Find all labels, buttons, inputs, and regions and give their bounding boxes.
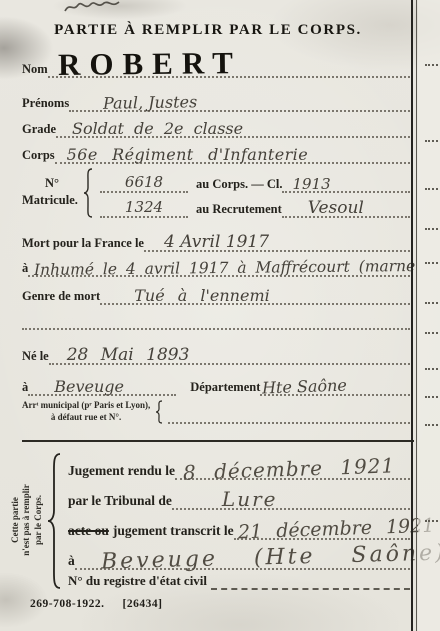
field-row-transcription: acte ou jugement transcrit le 21 décembr… (68, 514, 410, 540)
lieu-deces-value: Inhumé le 4 avril 1917 à Maffrécourt (ma… (34, 259, 415, 278)
nom-label: Nom (22, 63, 48, 79)
lieu-naissance-value: Beveuge (54, 379, 124, 395)
transcription-label-struck: acte ou (68, 524, 109, 541)
matricule-brace-icon (82, 168, 94, 218)
transcription-line: 21 décembre 1921 (234, 519, 410, 540)
arrondissement-label-line2: à défaut rue et N°. (22, 412, 150, 424)
jugement-label: Jugement rendu le (68, 464, 175, 481)
transcription-label: jugement transcrit le (113, 524, 234, 541)
registre-line (211, 588, 410, 590)
au-corps-label: au Corps. — Cl. (196, 178, 282, 194)
print-code: 269-708-1922. (30, 598, 105, 610)
section-divider-line (22, 440, 414, 442)
matricule-recrutement-number: 1324 (125, 198, 163, 216)
corps-label: Corps (22, 149, 55, 165)
field-row-nom: Nom ROBERT (22, 42, 410, 78)
side-note-not-for-corps: Cette partie n'est pas à remplir par le … (10, 460, 44, 580)
matricule-row-recrutement: 1324 au Recrutement Vesoul (100, 193, 410, 218)
lieu-deces-line: Inhumé le 4 avril 1917 à Maffrécourt (ma… (28, 260, 410, 278)
field-row-jugement: Jugement rendu le 8 décembre 1921 (68, 454, 410, 480)
pen-scribble-mark (62, 0, 124, 15)
matricule-rows: 6618 au Corps. — Cl. 1913 1324 au Recrut… (100, 168, 410, 218)
side-note-line1: Cette partie (10, 460, 21, 580)
tribunal-value: Lure (222, 489, 278, 509)
ne-le-line: 28 Mai 1893 (49, 346, 410, 365)
jugement-date-value: 8 décembre 1921 (183, 455, 396, 482)
recrutement-place-value: Vesoul (308, 200, 364, 217)
classe-value: 1913 (292, 177, 330, 192)
au-recrutement-label: au Recrutement (196, 203, 282, 219)
lieu-naissance-line: Beveuge (28, 378, 176, 396)
departement-line: Hte Saône (260, 378, 410, 396)
field-row-corps: Corps 56e Régiment d'Infanterie (22, 140, 410, 164)
edge-dash (425, 64, 438, 66)
corps-value: 56e Régiment d'Infanterie (67, 147, 308, 163)
grade-label: Grade (22, 123, 56, 139)
edge-dash (425, 188, 438, 190)
matricule-corps-line: 6618 (100, 173, 188, 193)
matricule-label-line1: N° (22, 177, 82, 194)
matricule-label: N° Matricule. (22, 168, 82, 218)
transcription-date-value: 21 décembre 1921 (237, 517, 434, 543)
nom-value: ROBERT (58, 47, 242, 80)
genre-mort-label: Genre de mort (22, 290, 100, 306)
edge-dash (425, 396, 438, 398)
form-section-title: PARTIE À REMPLIR PAR LE CORPS. (0, 22, 416, 39)
adjacent-page-margin (418, 0, 440, 631)
genre-mort-line: Tué à l'ennemi (100, 287, 410, 305)
mort-date-value: 4 Avril 1917 (164, 234, 269, 251)
matricule-recrutement-line: 1324 (100, 198, 188, 218)
military-death-record-card: PARTIE À REMPLIR PAR LE CORPS. Nom ROBER… (0, 0, 440, 631)
field-row-naissance-departement: à Beveuge Département Hte Saône (22, 372, 410, 396)
tribunal-label: par le Tribunal de (68, 494, 172, 511)
grade-value: Soldat de 2e classe (72, 121, 243, 137)
field-row-registre: N° du registre d'état civil (68, 568, 410, 590)
field-row-arrondissement: Arrᵗ municipal (pʳ Paris et Lyon), à déf… (22, 400, 410, 424)
section-brace-icon (46, 452, 62, 590)
edge-dash (425, 520, 438, 522)
matricule-corps-number: 6618 (125, 173, 163, 191)
prenoms-value: Paul, Justes (103, 94, 197, 112)
field-row-mort: Mort pour la France le 4 Avril 1917 (22, 228, 410, 252)
side-note-line2: n'est pas à remplir (21, 460, 32, 580)
edge-dash (425, 368, 438, 370)
genre-mort-value: Tué à l'ennemi (134, 288, 270, 304)
blank-dotted-line (22, 306, 410, 330)
tribunal-line: Lure (172, 488, 410, 510)
prenoms-line: Paul, Justes (69, 94, 410, 112)
lieu-transcription-line: Beveuge (Hte Saône) (75, 546, 410, 570)
edge-dash (425, 332, 438, 334)
corps-line: 56e Régiment d'Infanterie (55, 146, 410, 164)
ne-le-label: Né le (22, 350, 49, 366)
edge-dash (425, 140, 438, 142)
nom-line: ROBERT (48, 45, 410, 78)
field-row-prenoms: Prénoms Paul, Justes (22, 88, 410, 112)
field-row-tribunal: par le Tribunal de Lure (68, 484, 410, 510)
arrondissement-label-line1: Arrᵗ municipal (pʳ Paris et Lyon), (22, 400, 150, 412)
matricule-row-corps: 6618 au Corps. — Cl. 1913 (100, 168, 410, 193)
batch-number: [26434] (123, 598, 163, 610)
edge-dash (425, 424, 438, 426)
matricule-label-line2: Matricule. (22, 194, 82, 210)
side-note-line3: par le Corps. (33, 460, 44, 580)
recrutement-place-line: Vesoul (282, 199, 410, 218)
mort-label: Mort pour la France le (22, 237, 144, 253)
departement-value: Hte Saône (262, 378, 347, 397)
arrondissement-brace-icon (154, 400, 164, 424)
arrondissement-label: Arrᵗ municipal (pʳ Paris et Lyon), à déf… (22, 400, 150, 423)
prenoms-label: Prénoms (22, 97, 69, 113)
field-row-genre-mort: Genre de mort Tué à l'ennemi (22, 281, 410, 305)
edge-dash (425, 228, 438, 230)
field-row-lieu-deces: à Inhumé le 4 avril 1917 à Maffrécourt (… (22, 253, 410, 277)
field-row-grade: Grade Soldat de 2e classe (22, 114, 410, 138)
arrondissement-line (168, 422, 410, 424)
page-edge-line-thin (416, 0, 417, 631)
departement-label: Département (190, 381, 260, 397)
field-block-matricule: N° Matricule. 6618 au Corps. — Cl. 1913 … (22, 168, 410, 218)
jugement-line: 8 décembre 1921 (175, 458, 410, 480)
classe-line: 1913 (282, 176, 410, 193)
page-edge-line (411, 0, 413, 631)
grade-line: Soldat de 2e classe (56, 120, 410, 138)
field-row-lieu-transcription: à Beveuge (Hte Saône) (68, 542, 410, 570)
form-footer: 269-708-1922. [26434] (30, 598, 162, 610)
registre-label: N° du registre d'état civil (68, 574, 207, 590)
edge-dash (425, 262, 438, 264)
ne-le-value: 28 Mai 1893 (67, 347, 190, 364)
blank-dotted-fill (22, 328, 410, 330)
mort-line: 4 Avril 1917 (144, 233, 410, 252)
field-row-ne-le: Né le 28 Mai 1893 (22, 341, 410, 365)
edge-dash (425, 302, 438, 304)
